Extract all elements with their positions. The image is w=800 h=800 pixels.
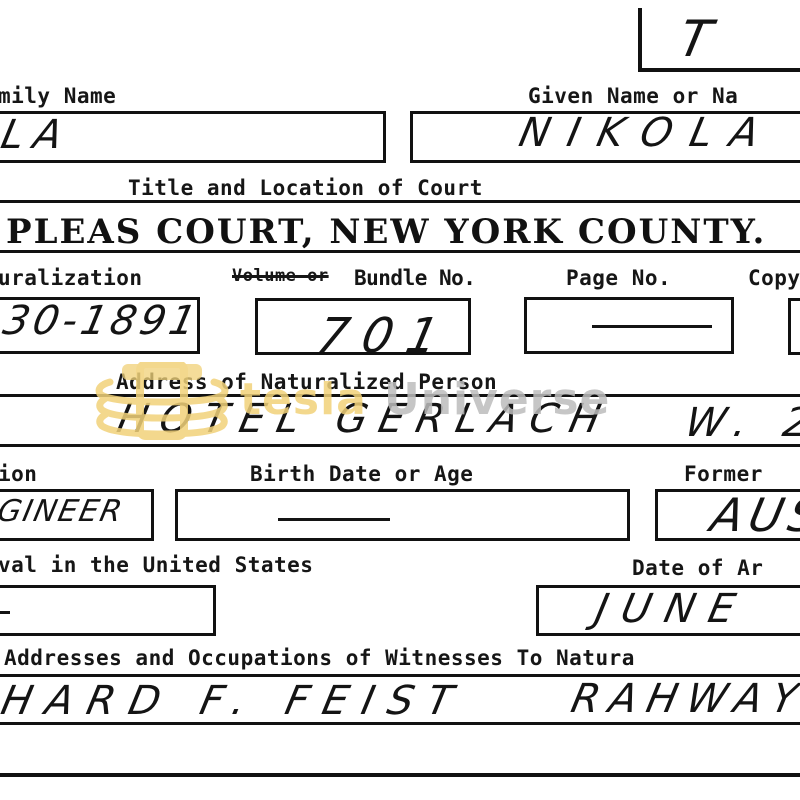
birth-date-field[interactable]: [175, 489, 630, 541]
witnesses-label: Addresses and Occupations of Witnesses T…: [4, 646, 635, 670]
family-name-value: LA: [0, 112, 77, 158]
arrival-port-field[interactable]: [0, 585, 216, 636]
former-nationality-label: Former: [684, 462, 763, 486]
copy-label: Copy: [748, 266, 800, 290]
arrival-date-label: Date of Ar: [632, 556, 763, 580]
court-value: PLEAS COURT, NEW YORK COUNTY.: [6, 212, 766, 252]
witness-address: RAHWAY: [567, 676, 800, 722]
arrival-port-label: val in the United States: [0, 553, 313, 577]
witnesses-mid-rule: [0, 722, 800, 725]
address-value-number: W. 27: [681, 400, 800, 446]
former-nationality-value: AUS: [706, 488, 800, 542]
occupation-value: GINEER: [0, 494, 127, 529]
address-bottom-rule: [0, 444, 800, 447]
occupation-label: ion: [0, 462, 37, 486]
naturalization-date-label: uralization: [0, 266, 143, 290]
given-name-value: NIKOLA: [515, 110, 781, 156]
bundle-no-value: 701: [312, 308, 458, 364]
page-no-label: Page No.: [566, 266, 671, 290]
address-label: Address of Naturalized Person: [116, 370, 497, 394]
court-bottom-rule: [0, 250, 800, 253]
court-label: Title and Location of Court: [128, 176, 483, 200]
address-value-street: HOTEL GERLACH: [113, 396, 617, 442]
naturalization-date-value: 30-1891: [0, 298, 204, 344]
copy-field[interactable]: [788, 298, 800, 355]
bundle-no-label: Bundle No.: [354, 266, 475, 290]
card-bottom-rule: [0, 773, 800, 777]
birth-date-label: Birth Date or Age: [250, 462, 473, 486]
given-name-label: Given Name or Na: [528, 84, 738, 108]
family-name-label: mily Name: [0, 84, 116, 108]
birth-date-dash: [278, 518, 390, 521]
bundle-no-label-struck: Volume or: [232, 266, 329, 286]
court-top-rule: [0, 200, 800, 203]
page-no-dash: [592, 325, 712, 328]
arrival-date-value: JUNE: [591, 586, 753, 632]
witness-name: HARD F. FEIST: [0, 678, 471, 724]
arrival-port-dash: [0, 611, 10, 614]
